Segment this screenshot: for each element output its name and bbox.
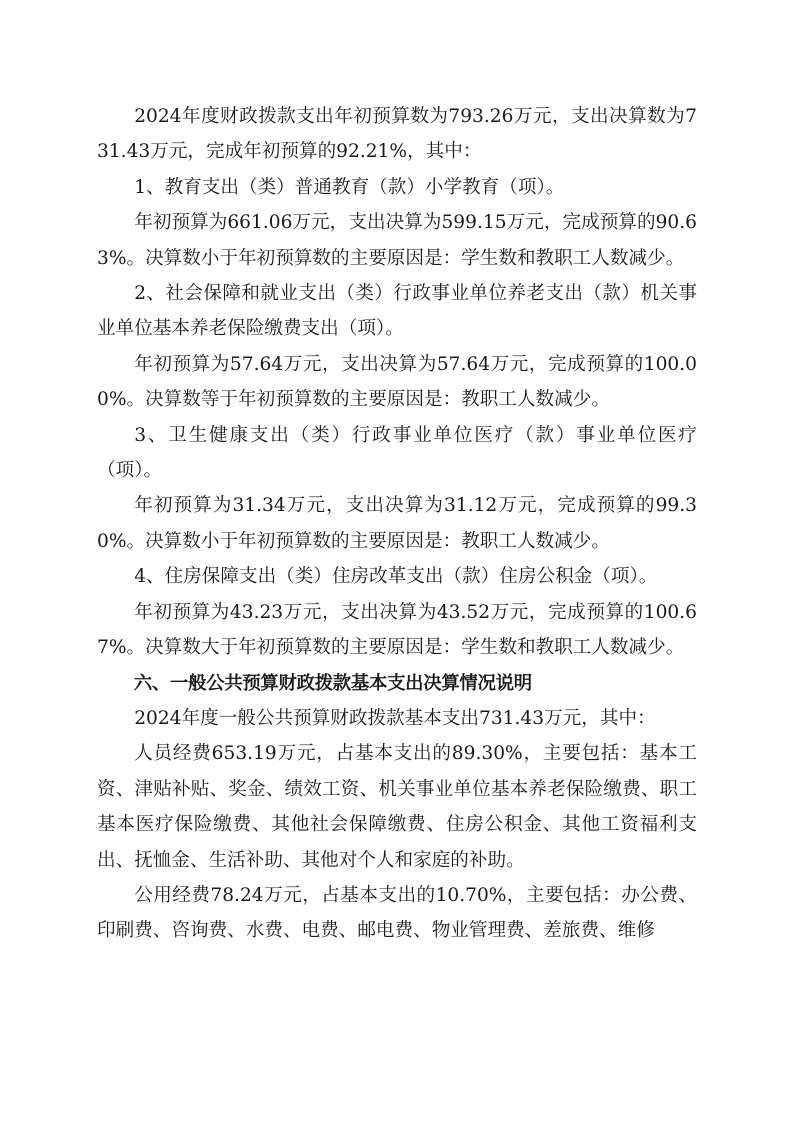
item-3-title: 3、卫生健康支出（类）行政事业单位医疗（款）事业单位医疗（项）。 bbox=[97, 418, 697, 489]
item-3-detail: 年初预算为31.34万元，支出决算为31.12万元，完成预算的99.30%。决算… bbox=[97, 488, 697, 559]
item-2-detail: 年初预算为57.64万元，支出决算为57.64万元，完成预算的100.00%。决… bbox=[97, 347, 697, 418]
public-expenses-paragraph: 公用经费78.24万元，占基本支出的10.70%，主要包括：办公费、印刷费、咨询… bbox=[97, 878, 697, 949]
basic-expenditure-summary: 2024年度一般公共预算财政拨款基本支出731.43万元，其中： bbox=[97, 701, 697, 736]
section-heading-6: 六、一般公共预算财政拨款基本支出决算情况说明 bbox=[97, 666, 697, 701]
item-2-title: 2、社会保障和就业支出（类）行政事业单位养老支出（款）机关事业单位基本养老保险缴… bbox=[97, 276, 697, 347]
item-4-detail: 年初预算为43.23万元，支出决算为43.52万元，完成预算的100.67%。决… bbox=[97, 595, 697, 666]
item-1-title: 1、教育支出（类）普通教育（款）小学教育（项）。 bbox=[97, 170, 697, 205]
personnel-expenses-paragraph: 人员经费653.19万元，占基本支出的89.30%，主要包括：基本工资、津贴补贴… bbox=[97, 736, 697, 878]
paragraph-total-summary: 2024年度财政拨款支出年初预算数为793.26万元，支出决算数为731.43万… bbox=[97, 99, 697, 170]
item-4-title: 4、住房保障支出（类）住房改革支出（款）住房公积金（项）。 bbox=[97, 559, 697, 594]
item-1-detail: 年初预算为661.06万元，支出决算为599.15万元，完成预算的90.63%。… bbox=[97, 205, 697, 276]
document-page: 2024年度财政拨款支出年初预算数为793.26万元，支出决算数为731.43万… bbox=[97, 99, 697, 949]
